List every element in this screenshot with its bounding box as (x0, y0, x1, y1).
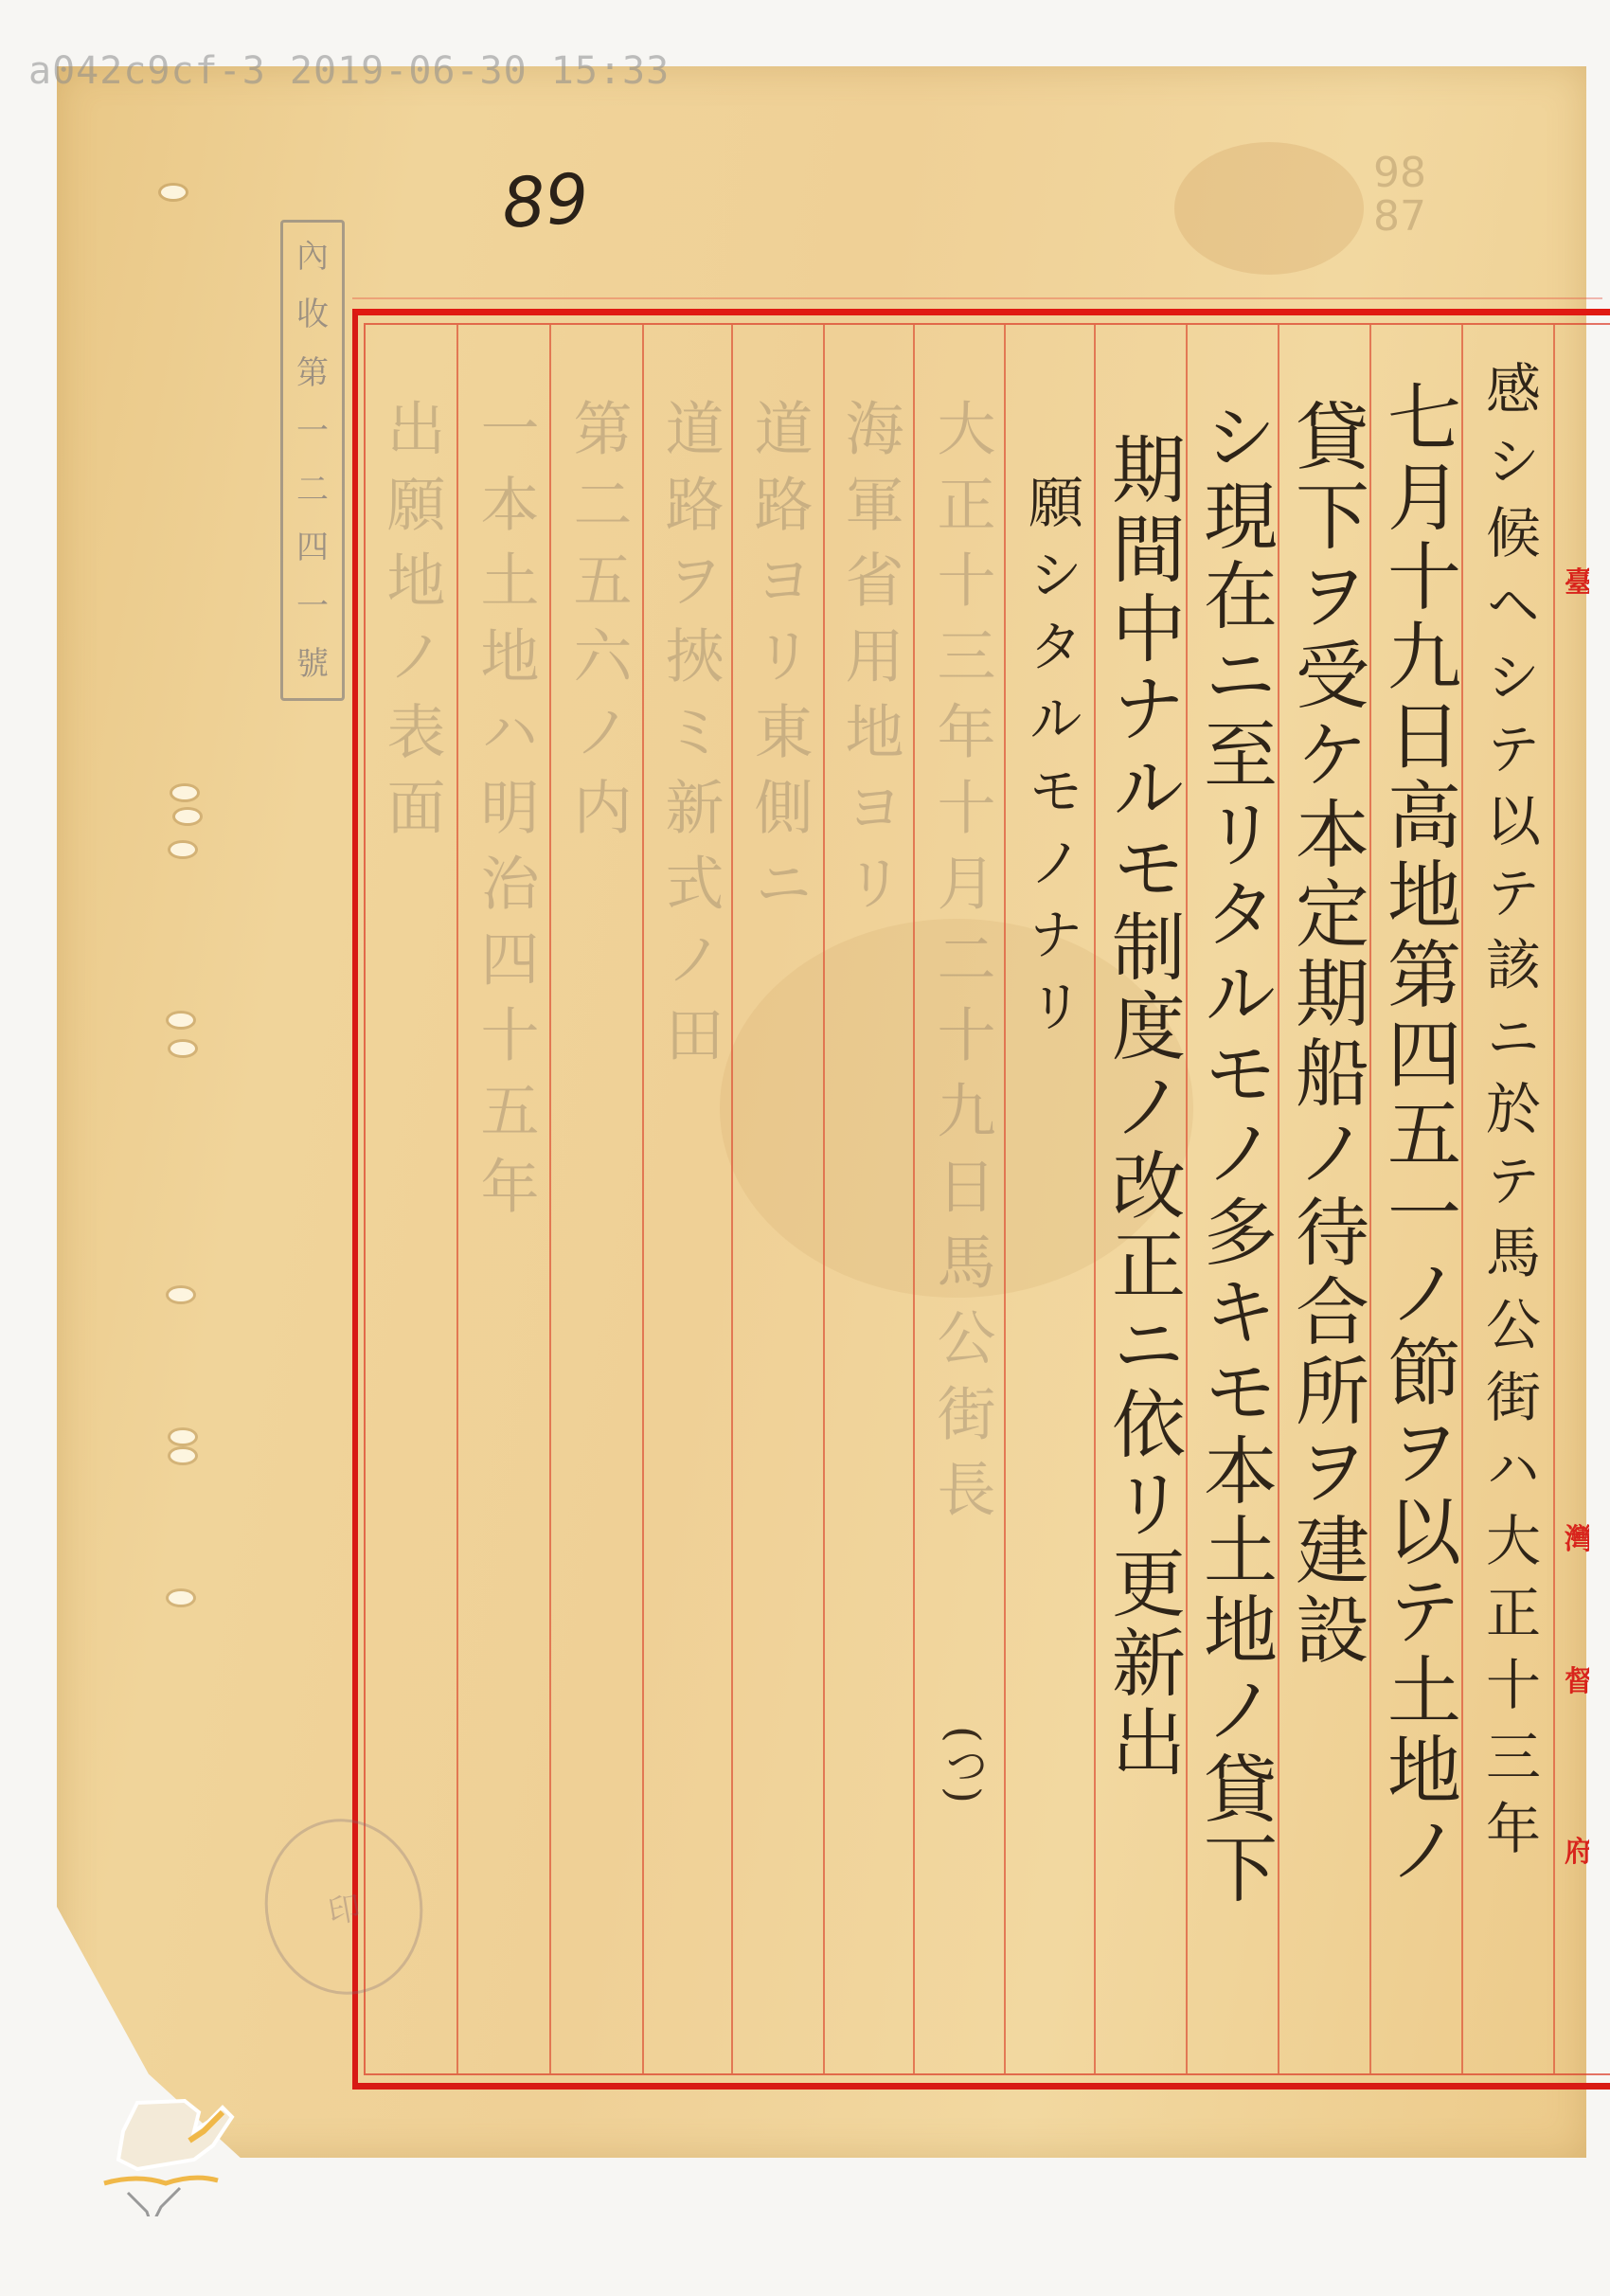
binding-hole (161, 186, 186, 199)
column-rule (456, 325, 458, 2073)
manuscript-line-3: 貸下ヲ受ケ本定期船ノ待合所ヲ建設 (1280, 398, 1371, 1671)
frame-outer-rule (352, 297, 1602, 299)
binding-hole (170, 843, 195, 856)
stamp-char: 第 (296, 356, 329, 390)
stamp-char: 內 (296, 240, 329, 274)
manuscript-line-5: 期間中ナルモ制度ノ改正ニ依リ更新出 (1097, 431, 1188, 1784)
binding-hole (169, 1591, 193, 1605)
margin-annotation: (つ) (933, 1726, 995, 1803)
margin-print-char: 臺 (1565, 559, 1589, 601)
stamp-char: 號 (296, 647, 329, 681)
binding-hole (169, 1013, 193, 1027)
margin-print-char: 府 (1565, 1828, 1589, 1870)
binding-hole (172, 786, 197, 799)
binding-hole (170, 1449, 195, 1462)
stamp-char: 四 (296, 530, 329, 565)
faint-text-column: 一本土地ハ明治四十五年 (459, 398, 550, 1231)
binding-hole (175, 810, 200, 823)
stamp-char: 一 (296, 589, 329, 623)
stamp-char: 二 (296, 473, 329, 507)
archive-logo-icon (80, 2093, 251, 2216)
paper-stain (1174, 142, 1364, 275)
margin-print-char: 灣 (1565, 1516, 1589, 1557)
seal-text: 印 (324, 1881, 364, 1932)
binding-hole (170, 1042, 195, 1055)
margin-print-char: 督 (1565, 1658, 1589, 1699)
binding-hole (169, 1288, 193, 1301)
faint-text-column: 海軍省用地ヨリ (824, 398, 915, 928)
faint-text-column: 道路ヨリ東側ニ (733, 398, 824, 928)
manuscript-line-2: 七月十九日高地第四五一ノ節ヲ以テ土地ノ (1372, 379, 1463, 1891)
pencil-folio-number: 98 87 (1373, 152, 1411, 239)
faint-text-column: 大正十三年十月二十九日馬公街長 (916, 398, 1007, 1534)
manuscript-line-4: シ現在ニ至リタルモノ多キモ本土地ノ貸下 (1189, 398, 1279, 1910)
stamp-char: 一 (296, 414, 329, 448)
manuscript-line-1: 感シ候ヘシテ以テ該ニ於テ馬公街ハ大正十三年 (1463, 360, 1554, 1872)
faint-text-column: 道路ヲ挾ミ新式ノ田 (644, 398, 735, 1080)
faint-text-column: 出願地ノ表面 (366, 398, 456, 852)
page-number: 89 (499, 158, 591, 243)
faint-text-column: 第二五六ノ内 (552, 398, 643, 852)
receipt-stamp: 內 收 第 一 二 四 一 號 (280, 220, 345, 701)
stamp-char: 收 (296, 297, 329, 332)
manuscript-line-6: 願シタルモノナリ (1006, 474, 1097, 1049)
binding-hole (170, 1430, 195, 1444)
scan-watermark: a042c9cf-3 2019-06-30 15:33 (28, 49, 670, 93)
